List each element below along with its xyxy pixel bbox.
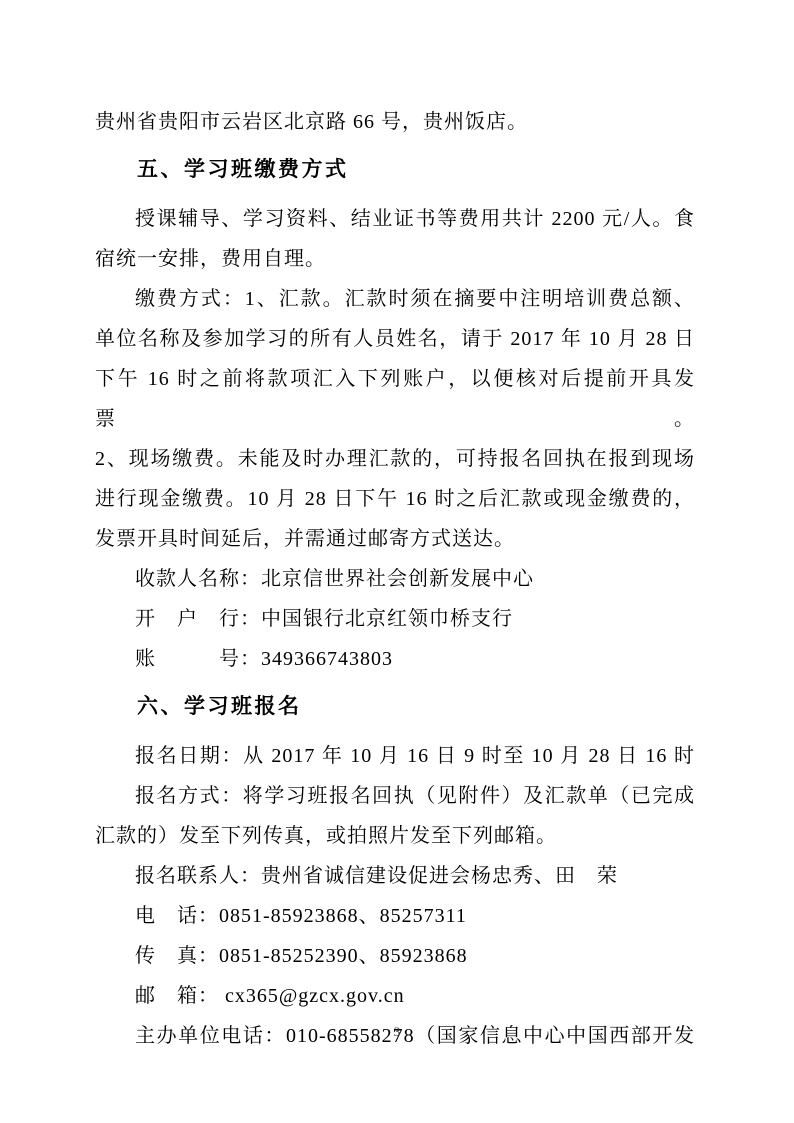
text-line: 单位名称及参加学习的所有人员姓名，请于 2017 年 10 月 28 日: [95, 319, 695, 359]
text-line: 贵州省贵阳市云岩区北京路 66 号，贵州饭店。: [95, 102, 695, 142]
section-heading-6: 六、学习班报名: [95, 687, 695, 727]
section-heading-5: 五、学习班缴费方式: [95, 150, 695, 190]
fax-line: 传 真：0851-85252390、85923868: [95, 936, 695, 976]
registration-contact-line: 报名联系人：贵州省诚信建设促进会杨忠秀、田 荣: [95, 856, 695, 896]
phone-line: 电 话：0851-85923868、85257311: [95, 896, 695, 936]
payment-method-paragraph: 缴费方式：1、汇款。汇款时须在摘要中注明培训费总额、单位名称及参加学习的所有人员…: [95, 279, 695, 559]
text-line: 缴费方式：1、汇款。汇款时须在摘要中注明培训费总额、: [95, 279, 695, 319]
email-line: 邮 箱： cx365@gzcx.gov.cn: [95, 976, 695, 1016]
text-line: 报名联系人：贵州省诚信建设促进会杨忠秀、田 荣: [95, 856, 695, 896]
registration-date-line: 报名日期：从 2017 年 10 月 16 日 9 时至 10 月 28 日 1…: [95, 736, 695, 776]
text-line: 报名方式：将学习班报名回执（见附件）及汇款单（已完成: [95, 776, 695, 816]
text-line: 电 话：0851-85923868、85257311: [95, 896, 695, 936]
registration-method-paragraph: 报名方式：将学习班报名回执（见附件）及汇款单（已完成汇款的）发至下列传真，或拍照…: [95, 776, 695, 856]
text-line: 收款人名称：北京信世界社会创新发展中心: [95, 559, 695, 599]
bank-line: 开 户 行：中国银行北京红领巾桥支行: [95, 599, 695, 639]
text-line: 发票开具时间延后，并需通过邮寄方式送达。: [95, 519, 695, 559]
text-line: 邮 箱： cx365@gzcx.gov.cn: [95, 976, 695, 1016]
document-body: 贵州省贵阳市云岩区北京路 66 号，贵州饭店。五、学习班缴费方式授课辅导、学习资…: [95, 102, 695, 1056]
text-line: 下午 16 时之前将款项汇入下列账户，以便核对后提前开具发票。: [95, 359, 695, 439]
text-line: 宿统一安排，费用自理。: [95, 239, 695, 279]
text-line: 2、现场缴费。未能及时办理汇款的，可持报名回执在报到现场: [95, 439, 695, 479]
address-continuation: 贵州省贵阳市云岩区北京路 66 号，贵州饭店。: [95, 102, 695, 142]
heading-line: 五、学习班缴费方式: [95, 150, 695, 190]
page-number: 3: [0, 1022, 794, 1042]
text-line: 汇款的）发至下列传真，或拍照片发至下列邮箱。: [95, 816, 695, 856]
fee-paragraph: 授课辅导、学习资料、结业证书等费用共计 2200 元/人。食宿统一安排，费用自理…: [95, 199, 695, 279]
text-line: 报名日期：从 2017 年 10 月 16 日 9 时至 10 月 28 日 1…: [95, 736, 695, 776]
payee-name-line: 收款人名称：北京信世界社会创新发展中心: [95, 559, 695, 599]
account-number-line: 账 号：349366743803: [95, 639, 695, 679]
document-page: 贵州省贵阳市云岩区北京路 66 号，贵州饭店。五、学习班缴费方式授课辅导、学习资…: [0, 0, 794, 1123]
text-line: 传 真：0851-85252390、85923868: [95, 936, 695, 976]
text-line: 进行现金缴费。10 月 28 日下午 16 时之后汇款或现金缴费的，: [95, 479, 695, 519]
text-line: 账 号：349366743803: [95, 639, 695, 679]
text-line: 授课辅导、学习资料、结业证书等费用共计 2200 元/人。食: [95, 199, 695, 239]
text-line: 开 户 行：中国银行北京红领巾桥支行: [95, 599, 695, 639]
heading-line: 六、学习班报名: [95, 687, 695, 727]
